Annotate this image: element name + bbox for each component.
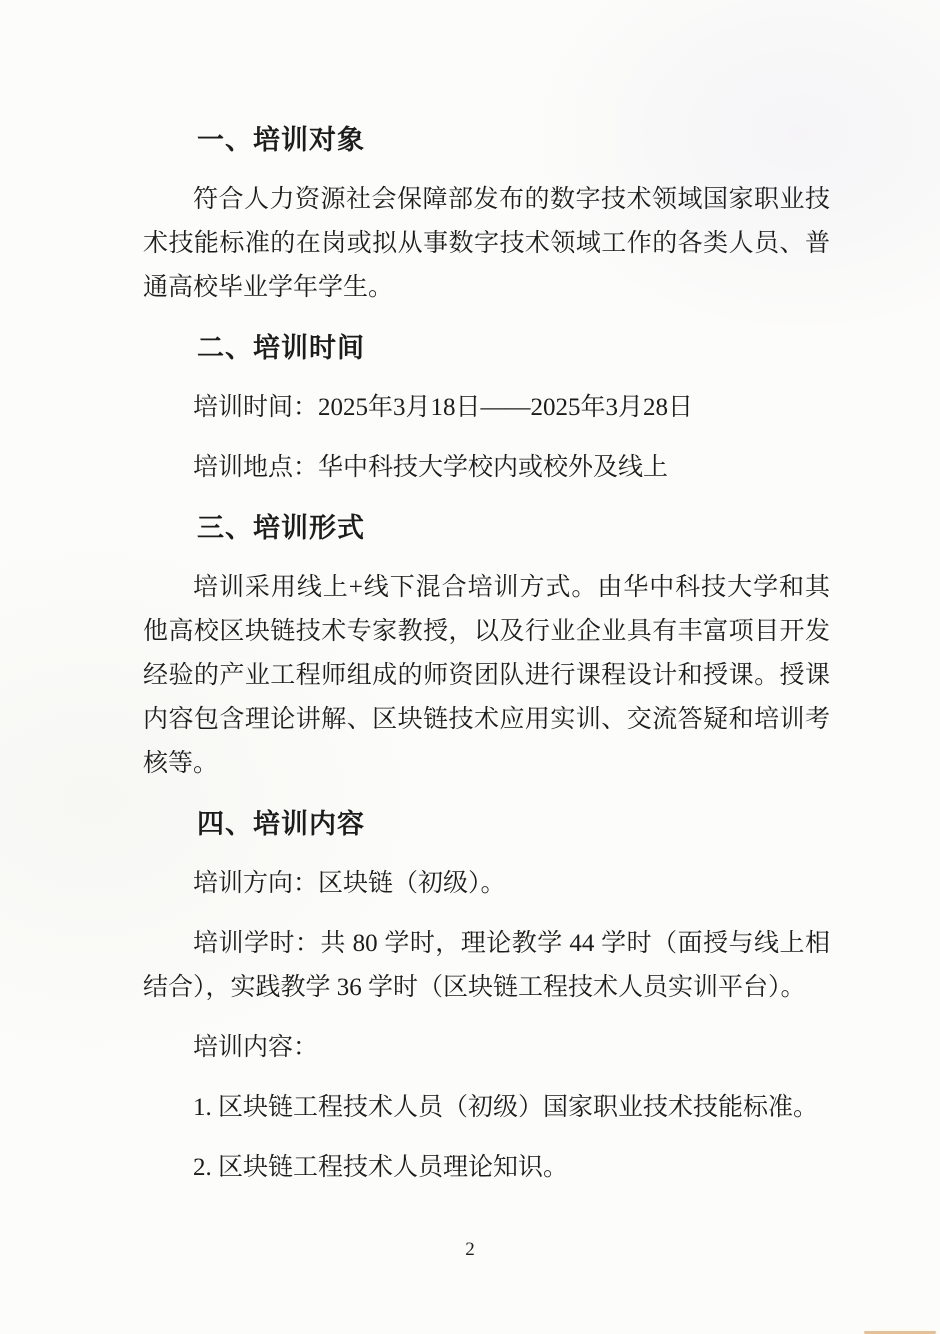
paragraph: 符合人力资源社会保障部发布的数字技术领域国家职业技术技能标准的在岗或拟从事数字技…: [143, 178, 830, 310]
paragraph: 培训采用线上+线下混合培训方式。由华中科技大学和其他高校区块链技术专家教授，以及…: [143, 566, 830, 786]
paragraph: 培训时间：2025年3月18日——2025年3月28日: [143, 386, 830, 430]
section-training-time: 二、培训时间 培训时间：2025年3月18日——2025年3月28日 培训地点：…: [143, 326, 830, 490]
section-heading: 四、培训内容: [143, 802, 830, 846]
paragraph: 1. 区块链工程技术人员（初级）国家职业技术技能标准。: [143, 1086, 830, 1130]
section-heading: 二、培训时间: [143, 326, 830, 370]
document-page: 一、培训对象 符合人力资源社会保障部发布的数字技术领域国家职业技术技能标准的在岗…: [143, 118, 830, 1206]
paragraph: 培训内容：: [143, 1026, 830, 1070]
paragraph: 2. 区块链工程技术人员理论知识。: [143, 1146, 830, 1190]
paragraph: 培训地点：华中科技大学校内或校外及线上: [143, 446, 830, 490]
section-heading: 一、培训对象: [143, 118, 830, 162]
section-training-content: 四、培训内容 培训方向：区块链（初级）。 培训学时：共 80 学时，理论教学 4…: [143, 802, 830, 1190]
section-heading: 三、培训形式: [143, 506, 830, 550]
paragraph: 培训学时：共 80 学时，理论教学 44 学时（面授与线上相结合），实践教学 3…: [143, 922, 830, 1010]
page-number: 2: [0, 1238, 940, 1262]
section-training-format: 三、培训形式 培训采用线上+线下混合培训方式。由华中科技大学和其他高校区块链技术…: [143, 506, 830, 786]
section-training-targets: 一、培训对象 符合人力资源社会保障部发布的数字技术领域国家职业技术技能标准的在岗…: [143, 118, 830, 310]
paragraph: 培训方向：区块链（初级）。: [143, 862, 830, 906]
